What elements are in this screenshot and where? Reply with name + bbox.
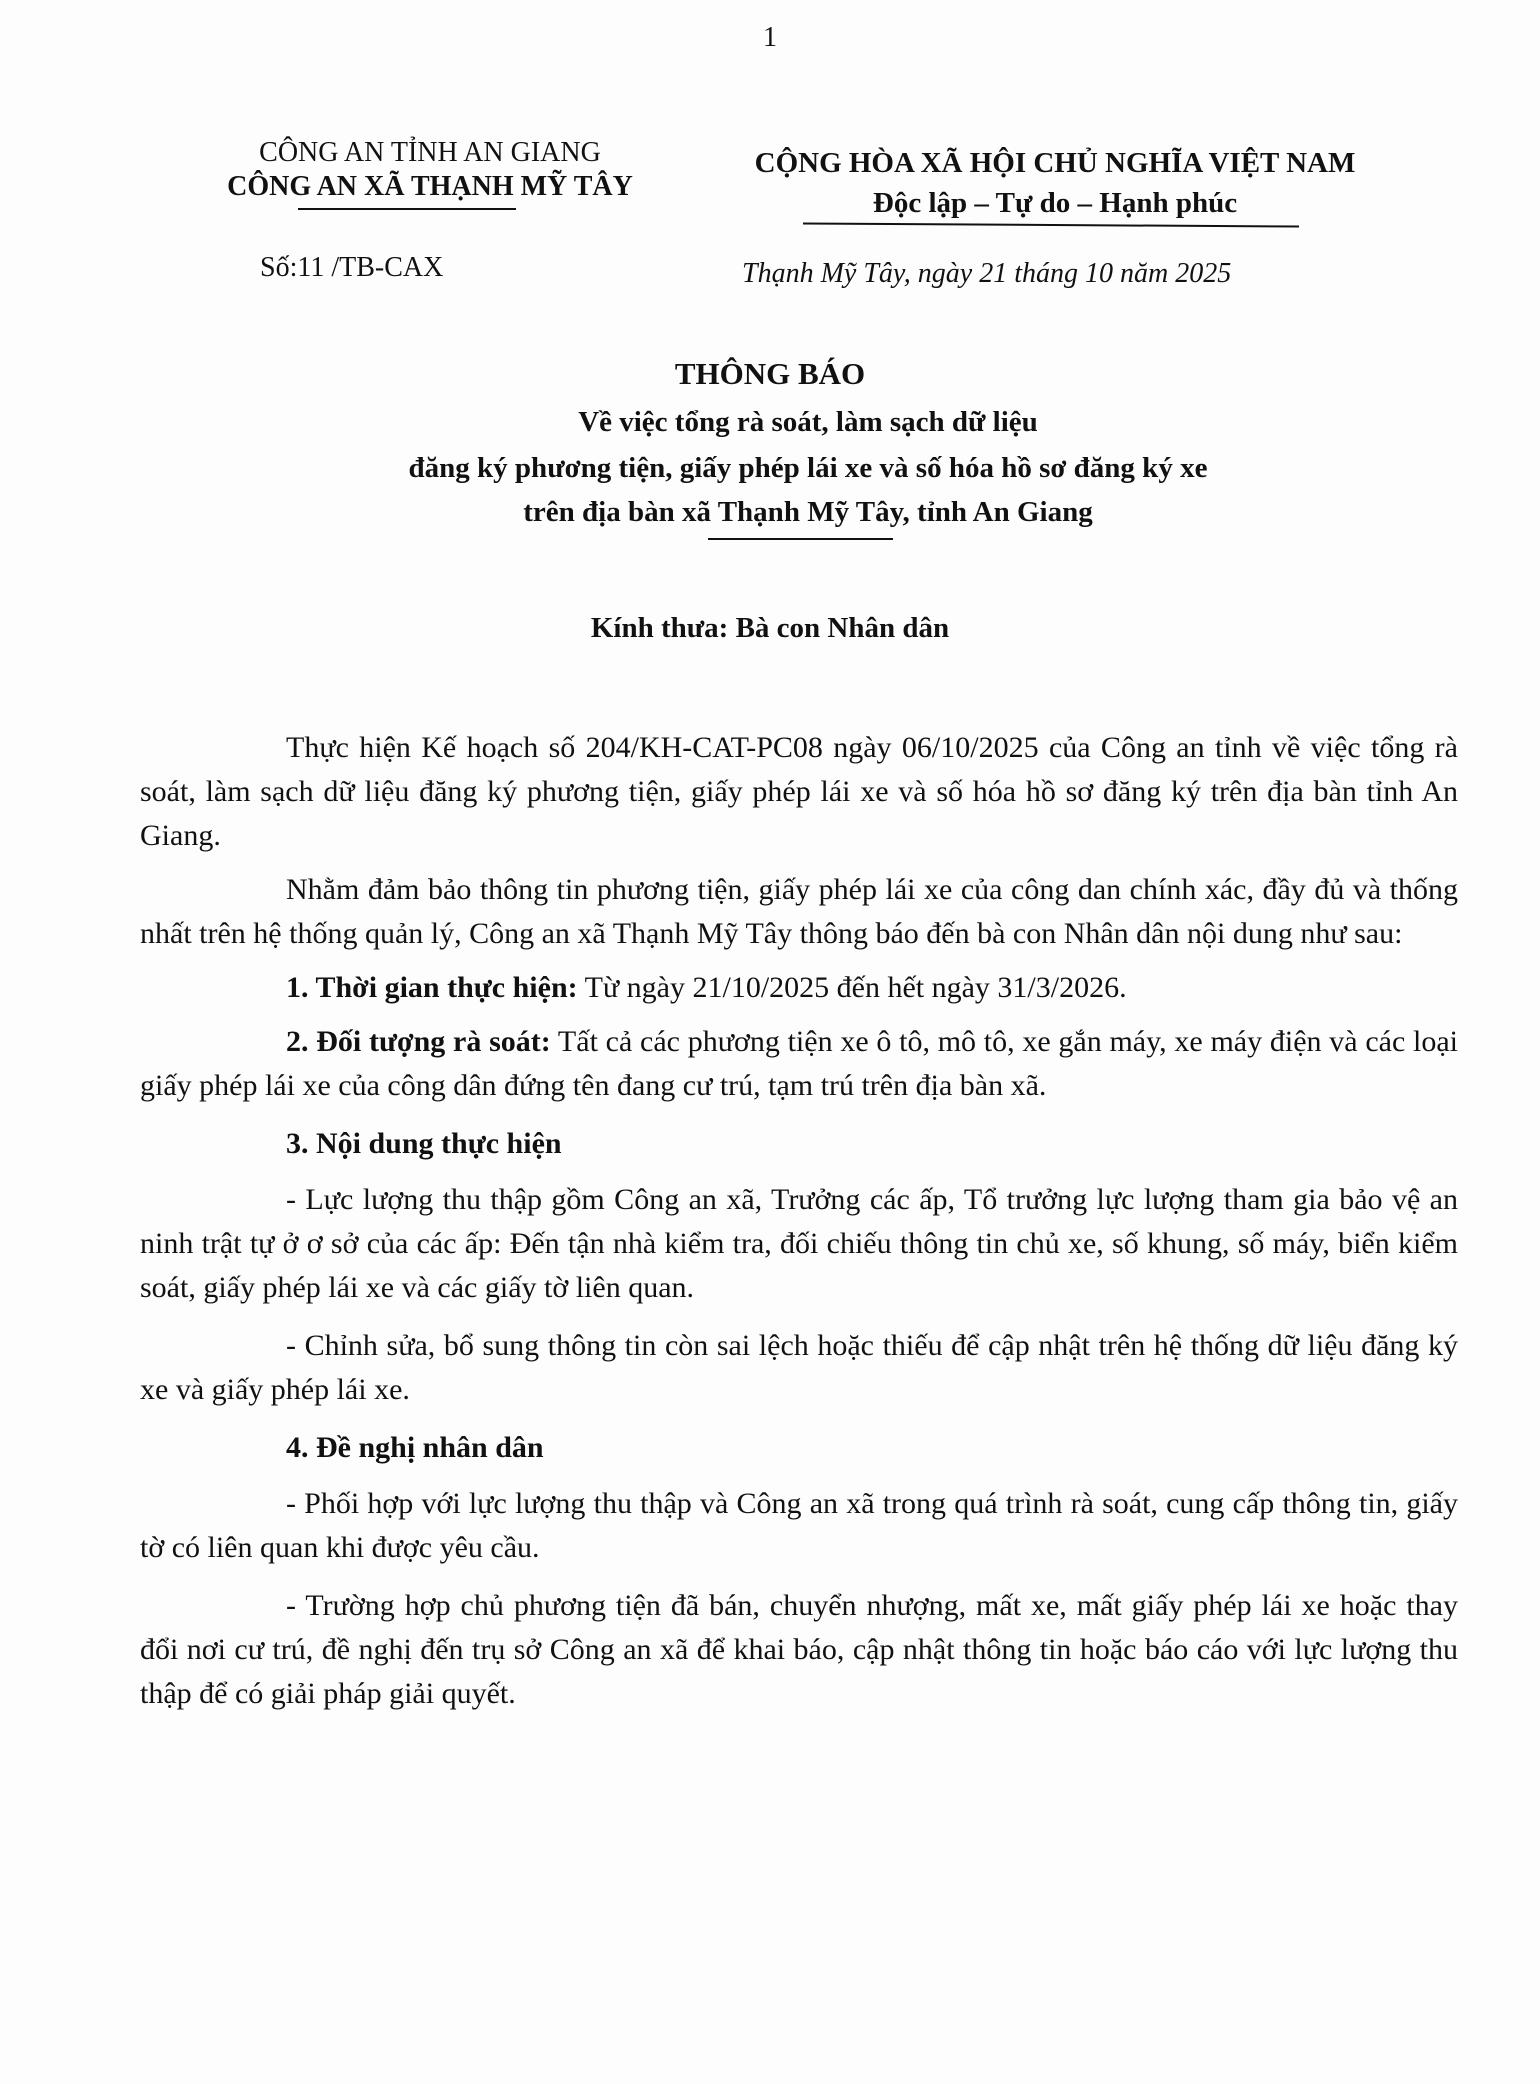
- section-3-heading: 3. Nội dung thực hiện: [140, 1122, 1458, 1166]
- page-number: 1: [0, 22, 1540, 54]
- section-2-label: 2. Đối tượng rà soát:: [286, 1025, 551, 1058]
- section-4-item-1: - Phối hợp với lực lượng thu thập và Côn…: [140, 1482, 1458, 1570]
- national-title: CỘNG HÒA XÃ HỘI CHỦ NGHĨA VIỆT NAM: [690, 146, 1420, 180]
- section-3-item-1: - Lực lượng thu thập gồm Công an xã, Trư…: [140, 1178, 1458, 1310]
- section-3-item-2: - Chỉnh sửa, bổ sung thông tin còn sai l…: [140, 1324, 1458, 1412]
- place-date: Thạnh Mỹ Tây, ngày 21 tháng 10 năm 2025: [742, 258, 1231, 290]
- document-number: Số:11 /TB-CAX: [260, 252, 443, 284]
- section-2-subjects: 2. Đối tượng rà soát: Tất cả các phương …: [140, 1020, 1458, 1108]
- section-1-text: Từ ngày 21/10/2025 đến hết ngày 31/3/202…: [578, 971, 1127, 1004]
- issuing-agency-name: CÔNG AN XÃ THẠNH MỸ TÂY: [150, 170, 710, 204]
- greeting: Kính thưa: Bà con Nhân dân: [0, 612, 1540, 645]
- document-subtitle-line-2: đăng ký phương tiện, giấy phép lái xe và…: [38, 448, 1540, 488]
- intro-paragraph-2: Nhằm đảm bảo thông tin phương tiện, giấy…: [140, 868, 1458, 956]
- document-body: Thực hiện Kế hoạch số 204/KH-CAT-PC08 ng…: [140, 726, 1458, 1730]
- intro-paragraph-1: Thực hiện Kế hoạch số 204/KH-CAT-PC08 ng…: [140, 726, 1458, 858]
- agency-underline: [298, 208, 516, 210]
- section-4-heading: 4. Đề nghị nhân dân: [140, 1426, 1458, 1470]
- document-subtitle-line-1: Về việc tổng rà soát, làm sạch dữ liệu: [38, 402, 1540, 442]
- section-1-label: 1. Thời gian thực hiện:: [286, 971, 578, 1004]
- section-4-item-2: - Trường hợp chủ phương tiện đã bán, chu…: [140, 1584, 1458, 1716]
- motto-underline: [803, 222, 1299, 227]
- document-subtitle-line-3: trên địa bàn xã Thạnh Mỹ Tây, tỉnh An Gi…: [38, 492, 1540, 532]
- parent-agency-name: CÔNG AN TỈNH AN GIANG: [150, 136, 710, 170]
- title-divider: [708, 538, 893, 540]
- section-1-time: 1. Thời gian thực hiện: Từ ngày 21/10/20…: [140, 966, 1458, 1010]
- national-motto: Độc lập – Tự do – Hạnh phúc: [690, 186, 1420, 220]
- document-title: THÔNG BÁO: [0, 356, 1540, 392]
